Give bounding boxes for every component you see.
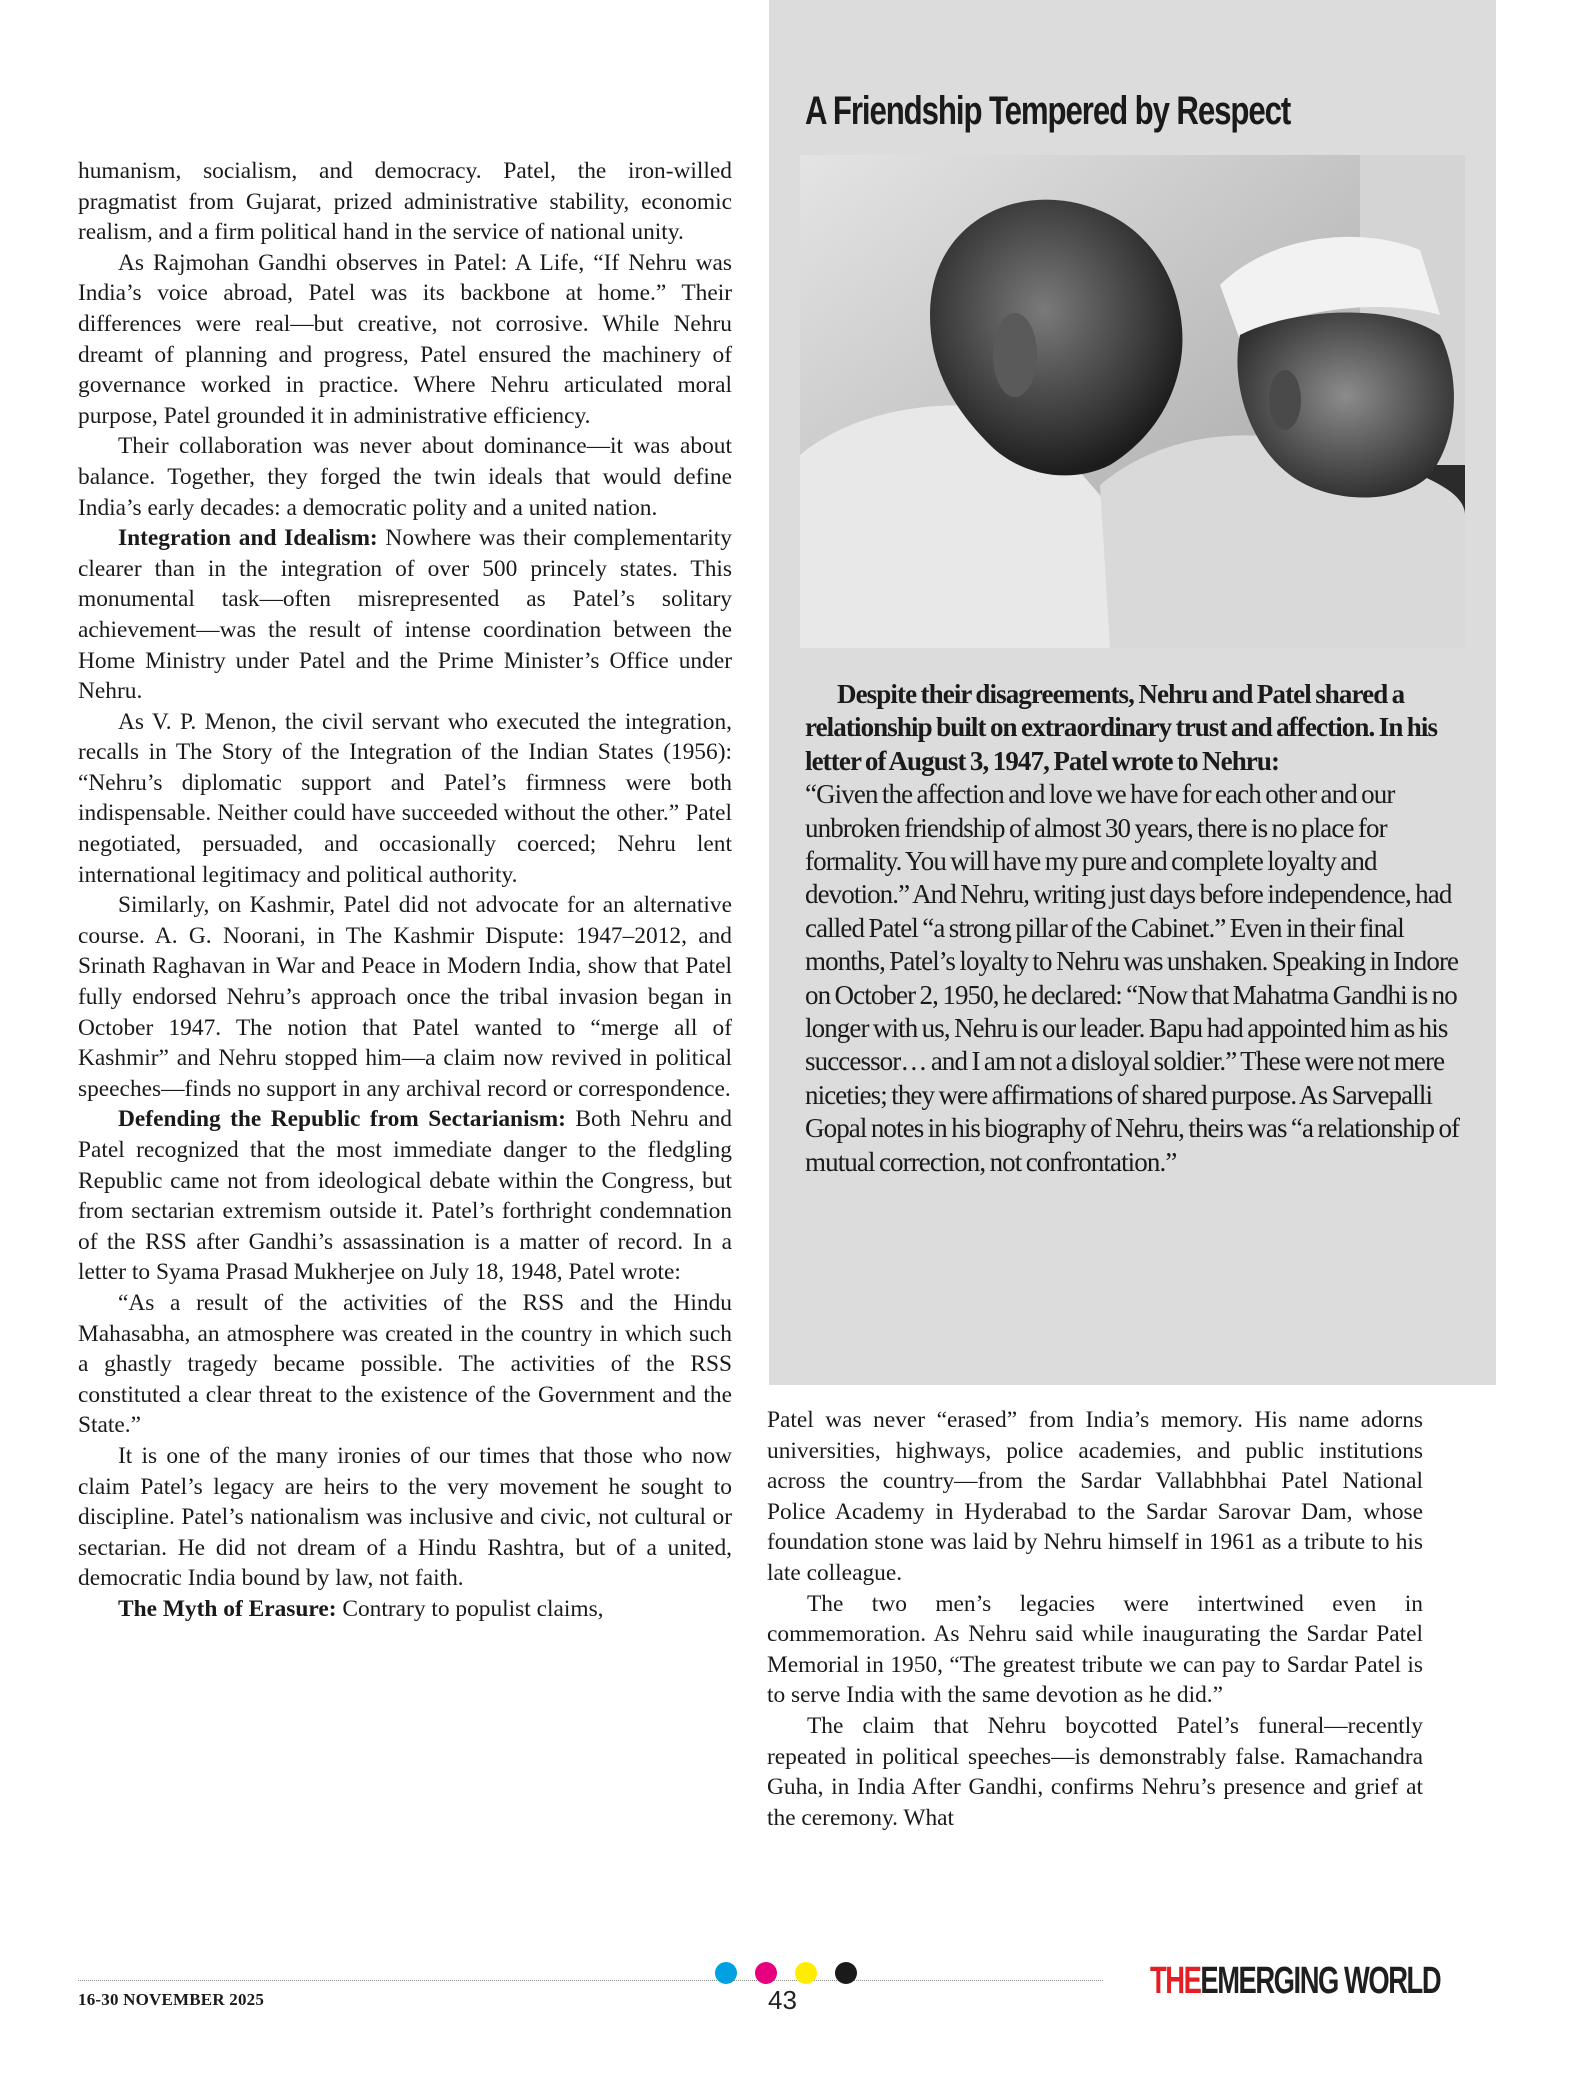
paragraph: Similarly, on Kashmir, Patel did not adv… [78,890,732,1104]
sidebar-title: A Friendship Tempered by Respect [805,88,1320,134]
footer-divider [78,1980,1103,1981]
subhead: Defending the Republic from Sectarianism… [118,1106,566,1132]
page-number: 43 [768,1985,797,2016]
issue-date: 16-30 NOVEMBER 2025 [78,1990,264,2010]
subhead: The Myth of Erasure: [118,1596,337,1622]
magenta-dot-icon [755,1962,777,1984]
right-article-column: Patel was never “erased” from India’s me… [767,1405,1423,1833]
sidebar-text: Despite their disagreements, Nehru and P… [805,678,1465,1179]
photo-illustration [800,155,1465,648]
yellow-dot-icon [795,1962,817,1984]
cyan-dot-icon [715,1962,737,1984]
sidebar-lead: Despite their disagreements, Nehru and P… [805,678,1465,778]
paragraph: Their collaboration was never about domi… [78,431,732,523]
logo-the: THE [1150,1960,1200,2002]
paragraph: As V. P. Menon, the civil servant who ex… [78,707,732,891]
registration-marks [715,1962,857,1984]
logo-emerging-world: EMERGING WORLD [1200,1960,1440,2002]
section-integration-and-idealism: Integration and Idealism: Nowhere was th… [78,523,732,707]
subhead: Integration and Idealism: [118,525,378,551]
paragraph: humanism, socialism, and democracy. Pate… [78,156,732,248]
paragraph: The claim that Nehru boycotted Patel’s f… [767,1711,1423,1833]
paragraph: The two men’s legacies were intertwined … [767,1589,1423,1711]
block-quote: “As a result of the activities of the RS… [78,1288,732,1441]
section-defending-the-republic: Defending the Republic from Sectarianism… [78,1104,732,1288]
publication-logo: THEEMERGING WORLD [1150,1960,1440,2003]
left-article-column: humanism, socialism, and democracy. Pate… [78,156,732,1625]
paragraph: Patel was never “erased” from India’s me… [767,1405,1423,1589]
paragraph: As Rajmohan Gandhi observes in Patel: A … [78,248,732,432]
section-myth-of-erasure: The Myth of Erasure: Contrary to populis… [78,1594,732,1625]
sidebar-box: A Friendship Tempered by Respect [769,0,1496,1385]
paragraph: It is one of the many ironies of our tim… [78,1441,732,1594]
sidebar-quote: “Given the affection and love we have fo… [805,778,1465,1179]
black-dot-icon [835,1962,857,1984]
patel-nehru-photo [800,155,1465,648]
